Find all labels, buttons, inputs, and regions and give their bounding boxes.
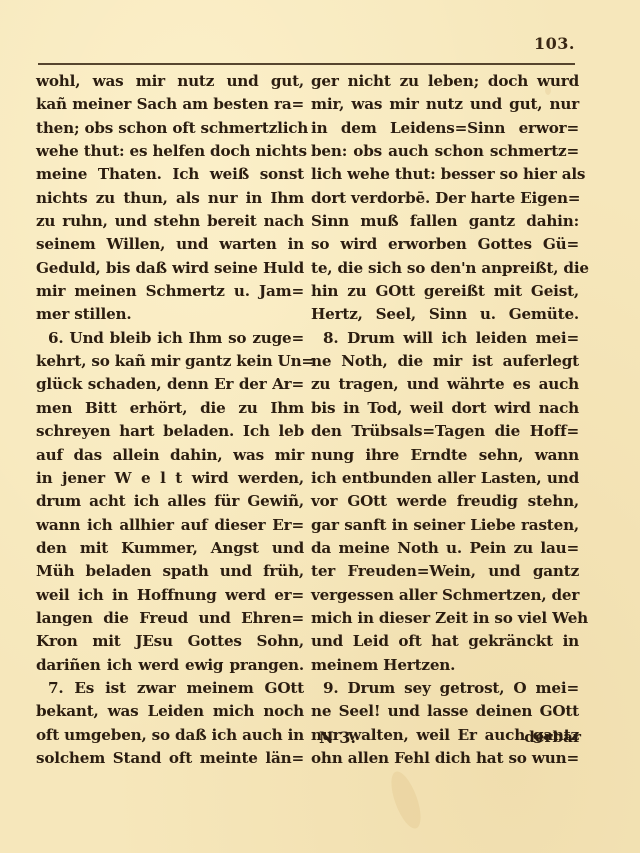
text-line: gar sanft in seiner Liebe rasten,	[311, 514, 579, 537]
text-line: so wird erworben Gottes Gü=	[311, 233, 579, 256]
verse-start-8: 8. Drum will ich leiden mei=	[311, 327, 579, 350]
text-line: seinem Willen, und warten in	[36, 233, 304, 256]
catchword: derbar	[524, 728, 581, 746]
text-line: ger nicht zu leben; doch wurd	[311, 70, 579, 93]
text-line: ich entbunden aller Lasten, und	[311, 467, 579, 490]
text-line: vor GOtt werde freudig stehn,	[311, 490, 579, 513]
book-page: 103. wohl, was mir nutz und gut, kañ mei…	[0, 0, 640, 853]
text-line: drum acht ich alles für Gewiñ,	[36, 490, 304, 513]
text-line: mich in dieser Zeit in so viel Weh	[311, 607, 579, 630]
page-number: 103.	[530, 34, 575, 53]
text-line: ben: obs auch schon schmertz=	[311, 140, 579, 163]
text-line: in jener W e l t wird werden,	[36, 467, 304, 490]
verse-start-9: 9. Drum sey getrost, O mei=	[311, 677, 579, 700]
text-line: lich wehe thut: besser so hier als	[311, 163, 579, 186]
text-line: Hertz, Seel, Sinn u. Gemüte.	[311, 303, 579, 326]
text-line: kañ meiner Sach am besten ra=	[36, 93, 304, 116]
text-line: wohl, was mir nutz und gut,	[36, 70, 304, 93]
text-line: zu ruhn, und stehn bereit nach	[36, 210, 304, 233]
text-line: vergessen aller Schmertzen, der	[311, 584, 579, 607]
text-line: meinem Hertzen.	[311, 654, 579, 677]
text-line: wann ich allhier auf dieser Er=	[36, 514, 304, 537]
right-column: ger nicht zu leben; doch wurd mir, was m…	[311, 70, 579, 770]
text-line: nichts zu thun, als nur in Ihm	[36, 187, 304, 210]
page-footer: N 3. derbar	[36, 728, 581, 752]
header-rule	[38, 63, 575, 65]
text-line: langen die Freud und Ehren=	[36, 607, 304, 630]
text-line: dariñen ich werd ewig prangen.	[36, 654, 304, 677]
paper-stain	[385, 768, 426, 832]
text-line: te, die sich so den'n anpreißt, die	[311, 257, 579, 280]
text-line: ne Seel! und lasse deinen GOtt	[311, 700, 579, 723]
text-line: nung ihre Erndte sehn, wann	[311, 444, 579, 467]
text-line: glück schaden, denn Er der Ar=	[36, 373, 304, 396]
text-line: mer stillen.	[36, 303, 304, 326]
text-line: wehe thut: es helfen doch nichts	[36, 140, 304, 163]
text-line: den Trübsals=Tagen die Hoff=	[311, 420, 579, 443]
text-line: weil ich in Hoffnung werd er=	[36, 584, 304, 607]
text-line: da meine Noth u. Pein zu lau=	[311, 537, 579, 560]
signature-mark: N 3.	[319, 728, 356, 747]
text-line: den mit Kummer, Angst und	[36, 537, 304, 560]
text-line: then; obs schon oft schmertzlich	[36, 117, 304, 140]
text-line: bekant, was Leiden mich noch	[36, 700, 304, 723]
text-line: hin zu GOtt gereißt mit Geist,	[311, 280, 579, 303]
text-line: mir meinen Schmertz u. Jam=	[36, 280, 304, 303]
verse-start-7: 7. Es ist zwar meinem GOtt	[36, 677, 304, 700]
left-column: wohl, was mir nutz und gut, kañ meiner S…	[36, 70, 304, 770]
text-line: Kron mit JEsu Gottes Sohn,	[36, 630, 304, 653]
text-line: dort verdorbē. Der harte Eigen=	[311, 187, 579, 210]
text-line: zu tragen, und währte es auch	[311, 373, 579, 396]
text-line: men Bitt erhört, die zu Ihm	[36, 397, 304, 420]
text-line: mir, was mir nutz und gut, nur	[311, 93, 579, 116]
text-line: ter Freuden=Wein, und gantz	[311, 560, 579, 583]
text-line: auf das allein dahin, was mir	[36, 444, 304, 467]
text-line: in dem Leidens=Sinn erwor=	[311, 117, 579, 140]
text-line: Müh beladen spath und früh,	[36, 560, 304, 583]
text-line: schreyen hart beladen. Ich leb	[36, 420, 304, 443]
text-line: kehrt, so kañ mir gantz kein Un=	[36, 350, 304, 373]
verse-start-6: 6. Und bleib ich Ihm so zuge=	[36, 327, 304, 350]
text-line: und Leid oft hat gekränckt in	[311, 630, 579, 653]
text-line: Sinn muß fallen gantz dahin:	[311, 210, 579, 233]
text-line: meine Thaten. Ich weiß sonst	[36, 163, 304, 186]
text-line: Geduld, bis daß wird seine Huld	[36, 257, 304, 280]
text-line: ne Noth, die mir ist auferlegt	[311, 350, 579, 373]
text-line: bis in Tod, weil dort wird nach	[311, 397, 579, 420]
